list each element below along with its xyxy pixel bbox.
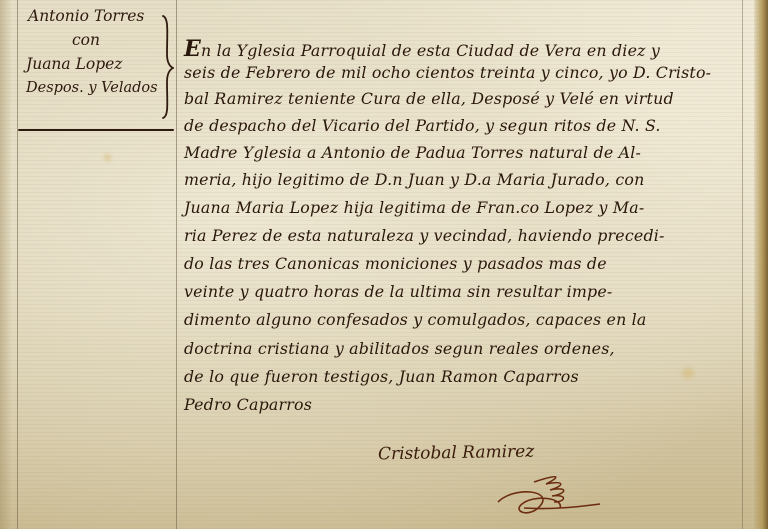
body-line-4: de despacho del Vicario del Partido, y s… [184, 116, 661, 135]
book-binding-edge [754, 0, 768, 529]
page-left-edge [0, 0, 12, 529]
body-line-12: doctrina cristiana y abilitados segun re… [184, 339, 615, 358]
margin-note-groom: Antonio Torres [26, 4, 166, 28]
signature-rubric-icon [494, 468, 604, 520]
drop-cap: E [184, 36, 201, 62]
manuscript-page: Antonio Torres con Juana Lopez Despos. y… [0, 0, 768, 529]
body-line-11: dimento alguno confesados y comulgados, … [184, 310, 647, 329]
body-line-13: de lo que fueron testigos, Juan Ramon Ca… [184, 367, 579, 386]
body-line-10: veinte y quatro horas de la ultima sin r… [184, 282, 612, 301]
body-line-14: Pedro Caparros [184, 395, 312, 414]
body-line-9: do las tres Canonicas moniciones y pasad… [184, 254, 607, 273]
margin-note-con: con [26, 28, 146, 52]
body-line-1: En la Yglesia Parroquial de esta Ciudad … [184, 36, 660, 62]
body-line-3: bal Ramirez teniente Cura de ella, Despo… [184, 89, 674, 108]
left-margin-rule [17, 0, 18, 529]
margin-note-underline [18, 129, 174, 131]
paper-stain [682, 368, 694, 378]
margin-column-rule [176, 0, 177, 529]
priest-signature: Cristobal Ramirez [378, 442, 535, 465]
body-line-5: Madre Yglesia a Antonio de Padua Torres … [184, 143, 641, 162]
margin-note-status: Despos. y Velados [26, 76, 166, 100]
paper-stain [104, 154, 111, 161]
body-line-2: seis de Febrero de mil ocho cientos trei… [184, 63, 711, 82]
body-line-8: ria Perez de esta naturaleza y vecindad,… [184, 226, 665, 245]
curly-brace-icon [160, 14, 174, 120]
margin-note: Antonio Torres con Juana Lopez Despos. y… [26, 4, 166, 100]
body-line-7: Juana Maria Lopez hija legitima de Fran.… [184, 198, 644, 217]
margin-note-bride: Juana Lopez [26, 52, 166, 76]
body-line-6: meria, hijo legitimo de D.n Juan y D.a M… [184, 170, 644, 189]
right-margin-rule [742, 0, 743, 529]
